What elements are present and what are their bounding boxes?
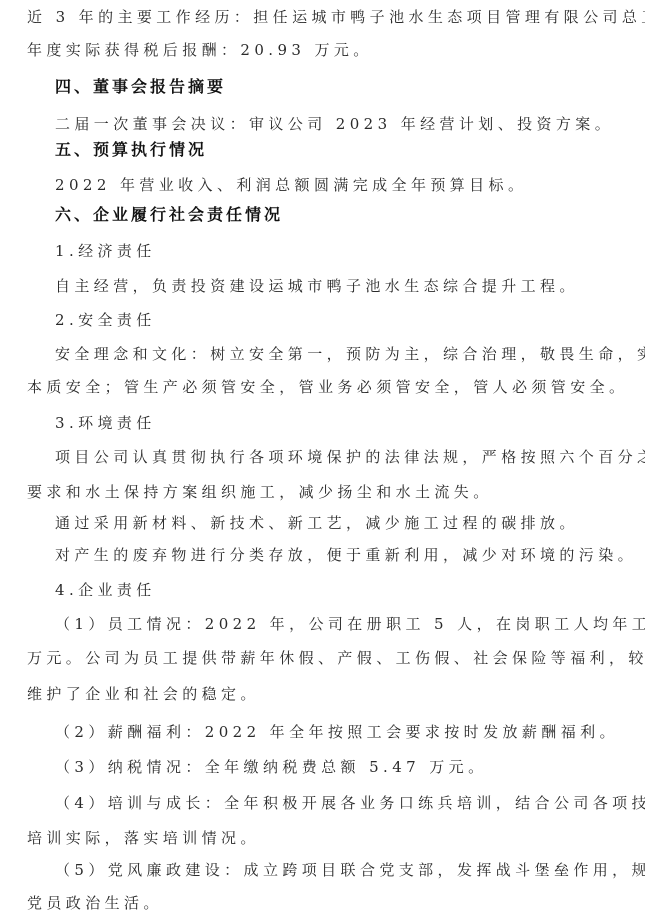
enterprise-item-3: （3）纳税情况：全年缴纳税费总额 5.47 万元。 (55, 755, 617, 779)
section-4-body: 二届一次董事会决议：审议公司 2023 年经营计划、投资方案。 (55, 112, 617, 136)
enterprise-item-4-line-1: （4）培训与成长：全年积极开展各业务口练兵培训，结合公司各项技能 (55, 791, 617, 815)
section-6-heading: 六、企业履行社会责任情况 (55, 203, 617, 227)
enterprise-responsibility-title: 4.企业责任 (55, 578, 617, 602)
safety-responsibility-title: 2.安全责任 (55, 308, 617, 332)
environment-p3: 对产生的废弃物进行分类存放，便于重新利用，减少对环境的污染。 (55, 543, 617, 567)
enterprise-item-1-line-1: （1）员工情况：2022 年，公司在册职工 5 人，在岗职工人均年工资 13.1… (55, 612, 617, 636)
enterprise-item-5-line-2: 党员政治生活。 (27, 891, 617, 912)
intro-line-1: 近 3 年的主要工作经历：担任运城市鸭子池水生态项目管理有限公司总工。本 (27, 5, 617, 29)
enterprise-item-2: （2）薪酬福利：2022 年全年按照工会要求按时发放薪酬福利。 (55, 720, 617, 744)
environment-responsibility-title: 3.环境责任 (55, 411, 617, 435)
enterprise-item-5-line-1: （5）党风廉政建设：成立跨项目联合党支部，发挥战斗堡垒作用，规范 (55, 858, 617, 882)
economic-responsibility-title: 1.经济责任 (55, 239, 617, 263)
enterprise-item-1-line-3: 维护了企业和社会的稳定。 (27, 682, 617, 706)
enterprise-item-4-line-2: 培训实际，落实培训情况。 (27, 826, 617, 850)
safety-body-line-2: 本质安全；管生产必须管安全，管业务必须管安全，管人必须管安全。 (27, 375, 617, 399)
enterprise-item-1-line-2: 万元。公司为员工提供带薪年休假、产假、工伤假、社会保险等福利，较好地 (27, 646, 617, 670)
section-5-body: 2022 年营业收入、利润总额圆满完成全年预算目标。 (55, 173, 617, 197)
environment-p2: 通过采用新材料、新技术、新工艺，减少施工过程的碳排放。 (55, 511, 617, 535)
safety-body-line-1: 安全理念和文化：树立安全第一，预防为主，综合治理，敬畏生命，实现 (55, 342, 617, 366)
environment-p1-line-1: 项目公司认真贯彻执行各项环境保护的法律法规，严格按照六个百分之百 (55, 445, 617, 469)
intro-line-2: 年度实际获得税后报酬：20.93 万元。 (27, 38, 617, 62)
economic-responsibility-body: 自主经营，负责投资建设运城市鸭子池水生态综合提升工程。 (55, 274, 617, 298)
section-5-heading: 五、预算执行情况 (55, 138, 617, 162)
environment-p1-line-2: 要求和水土保持方案组织施工，减少扬尘和水土流失。 (27, 480, 617, 504)
section-4-heading: 四、董事会报告摘要 (55, 75, 617, 99)
